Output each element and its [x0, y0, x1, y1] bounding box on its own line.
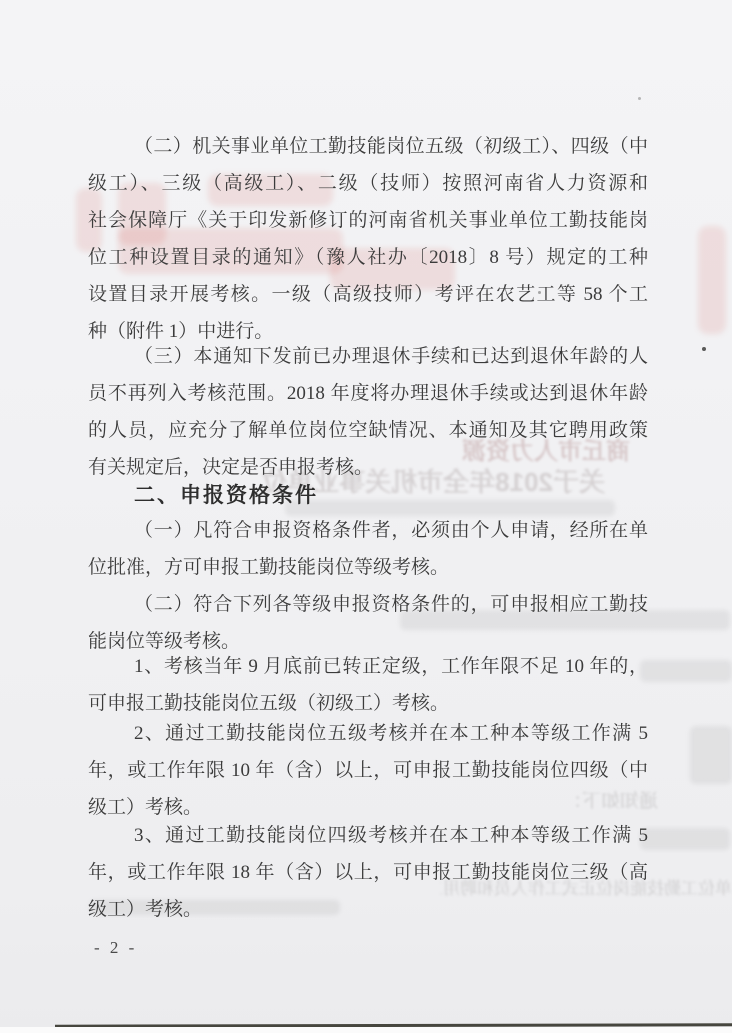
paragraph: （三）本通知下发前已办理退休手续和已达到退休年龄的人 员不再列入考核范围。201… — [88, 338, 648, 486]
text-line: 2、通过工勤技能岗位五级考核并在本工种本等级工作满 5 — [88, 715, 648, 752]
paragraph: 2、通过工勤技能岗位五级考核并在本工种本等级工作满 5 年，或工作年限 10 年… — [88, 715, 648, 826]
paragraph: （一）凡符合申报资格条件者，必须由个人申请，经所在单 位批准，方可申报工勤技能岗… — [88, 512, 648, 586]
scan-speck — [638, 97, 641, 100]
page-number: - 2 - — [94, 938, 137, 958]
section-heading: 二、申报资格条件 — [134, 479, 318, 509]
bleedthrough-streak — [690, 726, 732, 784]
paragraph: （二）机关事业单位工勤技能岗位五级（初级工）、四级（中 级工）、三级（高级工）、… — [88, 128, 648, 350]
text-line: 级工）、三级（高级工）、二级（技师）按照河南省人力资源和 — [88, 165, 648, 202]
text-line: （二）机关事业单位工勤技能岗位五级（初级工）、四级（中 — [88, 128, 648, 165]
bleedthrough-streak — [640, 828, 730, 850]
paragraph: 1、考核当年 9 月底前已转正定级，工作年限不足 10 年的， 可申报工勤技能岗… — [88, 648, 648, 722]
bleedthrough-red-blob — [698, 226, 726, 334]
paragraph: 3、通过工勤技能岗位四级考核并在本工种本等级工作满 5 年，或工作年限 18 年… — [88, 817, 648, 928]
text-line: 3、通过工勤技能岗位四级考核并在本工种本等级工作满 5 — [88, 817, 648, 854]
text-line: （二）符合下列各等级申报资格条件的，可申报相应工勤技 — [88, 586, 648, 623]
text-line: （一）凡符合申报资格条件者，必须由个人申请，经所在单 — [88, 512, 648, 549]
text-line: 位工种设置目录的通知》（豫人社办〔2018〕8 号）规定的工种 — [88, 239, 648, 276]
text-line: 位批准，方可申报工勤技能岗位等级考核。 — [88, 549, 648, 586]
text-line: 员不再列入考核范围。2018 年度将办理退休手续或达到退休年龄 — [88, 375, 648, 412]
text-line: 的人员，应充分了解单位岗位空缺情况、本通知及其它聘用政策 — [88, 412, 648, 449]
text-line: 社会保障厅《关于印发新修订的河南省机关事业单位工勤技能岗 — [88, 202, 648, 239]
scan-speck — [702, 347, 706, 351]
text-line: 年，或工作年限 18 年（含）以上，可申报工勤技能岗位三级（高 — [88, 854, 648, 891]
scanner-background — [0, 1027, 732, 1033]
document-page: 商丘市人力资源 关于2018年全市机关事业单位 通知如下： 单位工勤技能岗位正式… — [0, 0, 732, 1033]
text-line: 1、考核当年 9 月底前已转正定级，工作年限不足 10 年的， — [88, 648, 648, 685]
text-line: （三）本通知下发前已办理退休手续和已达到退休年龄的人 — [88, 338, 648, 375]
text-line: 年，或工作年限 10 年（含）以上，可申报工勤技能岗位四级（中 — [88, 752, 648, 789]
text-line: 设置目录开展考核。一级（高级技师）考评在农艺工等 58 个工 — [88, 276, 648, 313]
text-line: 级工）考核。 — [88, 891, 648, 928]
bleedthrough-streak — [640, 660, 732, 682]
